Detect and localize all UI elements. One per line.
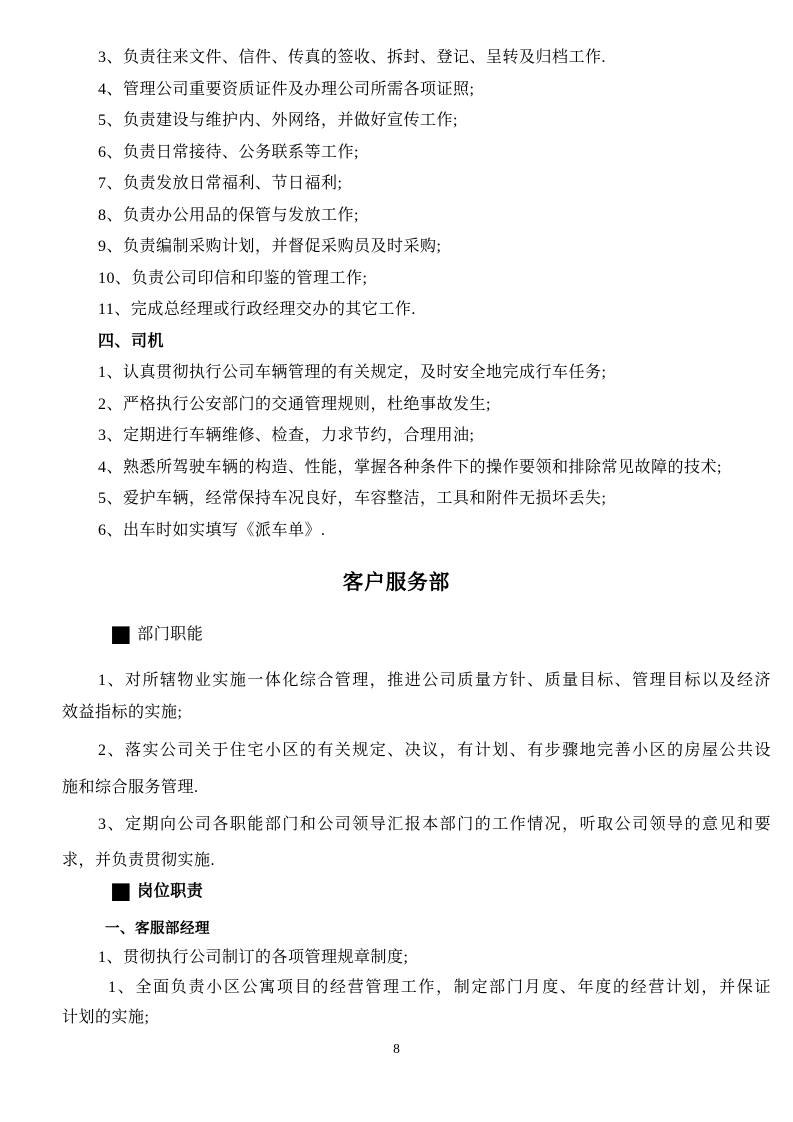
paragraph: 2、落实公司关于住宅小区的有关规定、决议，有计划、有步骤地完善小区的房屋公共设 … bbox=[62, 732, 771, 806]
list-item: 2、严格执行公安部门的交通管理规则，杜绝事故发生; bbox=[62, 389, 771, 421]
black-square-bullet-icon: ■ bbox=[110, 621, 132, 647]
list-item: 6、出车时如实填写《派车单》. bbox=[62, 515, 771, 547]
section-title: 客户服务部 bbox=[0, 568, 793, 598]
paragraph-line: 3、定期向公司各职能部门和公司领导汇报本部门的工作情况，听取公司领导的意见和要 bbox=[62, 807, 771, 843]
functions-heading-row: ■部门职能 bbox=[62, 619, 771, 651]
list-item: 9、负责编制采购计划，并督促采购员及时采购; bbox=[62, 231, 771, 263]
list-item: 1、认真贯彻执行公司车辆管理的有关规定，及时安全地完成行车任务; bbox=[62, 357, 771, 389]
black-square-bullet-icon: ■ bbox=[110, 878, 132, 904]
list-item: 6、负责日常接待、公务联系等工作; bbox=[62, 137, 771, 169]
paragraph-line: 计划的实施; bbox=[62, 1003, 771, 1033]
list-item: 3、负责往来文件、信件、传真的签收、拆封、登记、呈转及归档工作. bbox=[62, 42, 771, 74]
duties-heading-label: 岗位职责 bbox=[137, 883, 203, 900]
document-page: 3、负责往来文件、信件、传真的签收、拆封、登记、呈转及归档工作. 4、管理公司重… bbox=[0, 0, 793, 1122]
list-item: 8、负责办公用品的保管与发放工作; bbox=[62, 200, 771, 232]
paragraph-line: 施和综合服务管理. bbox=[62, 769, 771, 806]
list-item: 3、定期进行车辆维修、检查，力求节约，合理用油; bbox=[62, 420, 771, 452]
list-item: 10、负责公司印信和印鉴的管理工作; bbox=[62, 263, 771, 295]
list-item: 5、负责建设与维护内、外网络，并做好宣传工作; bbox=[62, 105, 771, 137]
document-content: 3、负责往来文件、信件、传真的签收、拆封、登记、呈转及归档工作. 4、管理公司重… bbox=[0, 0, 793, 1033]
paragraph-line: 效益指标的实施; bbox=[62, 697, 771, 729]
paragraph: 3、定期向公司各职能部门和公司领导汇报本部门的工作情况，听取公司领导的意见和要 … bbox=[62, 807, 771, 879]
driver-section-heading: 四、司机 bbox=[62, 326, 771, 358]
list-item: 7、负责发放日常福利、节日福利; bbox=[62, 168, 771, 200]
duties-heading-row: ■岗位职责 bbox=[62, 878, 771, 906]
paragraph: 1、全面负责小区公寓项目的经营管理工作，制定部门月度、年度的经营计划，并保证 计… bbox=[62, 973, 771, 1033]
paragraph: 1、对所辖物业实施一体化综合管理，推进公司质量方针、质量目标、管理目标以及经济 … bbox=[62, 665, 771, 729]
paragraph-line: 2、落实公司关于住宅小区的有关规定、决议，有计划、有步骤地完善小区的房屋公共设 bbox=[62, 732, 771, 769]
manager-role-heading: 一、客服部经理 bbox=[62, 916, 771, 942]
list-item: 4、熟悉所驾驶车辆的构造、性能，掌握各种条件下的操作要领和排除常见故障的技术; bbox=[62, 452, 771, 484]
paragraph-line: 1、对所辖物业实施一体化综合管理，推进公司质量方针、质量目标、管理目标以及经济 bbox=[62, 665, 771, 697]
list-item: 11、完成总经理或行政经理交办的其它工作. bbox=[62, 294, 771, 326]
paragraph-line: 求，并负责贯彻实施. bbox=[62, 843, 771, 879]
list-item: 1、贯彻执行公司制订的各项管理规章制度; bbox=[62, 942, 771, 973]
list-item: 4、管理公司重要资质证件及办理公司所需各项证照; bbox=[62, 74, 771, 106]
page-number: 8 bbox=[0, 1041, 793, 1057]
paragraph-line: 1、全面负责小区公寓项目的经营管理工作，制定部门月度、年度的经营计划，并保证 bbox=[62, 973, 771, 1003]
functions-heading-label: 部门职能 bbox=[137, 626, 203, 643]
list-item: 5、爱护车辆，经常保持车况良好，车容整洁，工具和附件无损坏丢失; bbox=[62, 483, 771, 515]
